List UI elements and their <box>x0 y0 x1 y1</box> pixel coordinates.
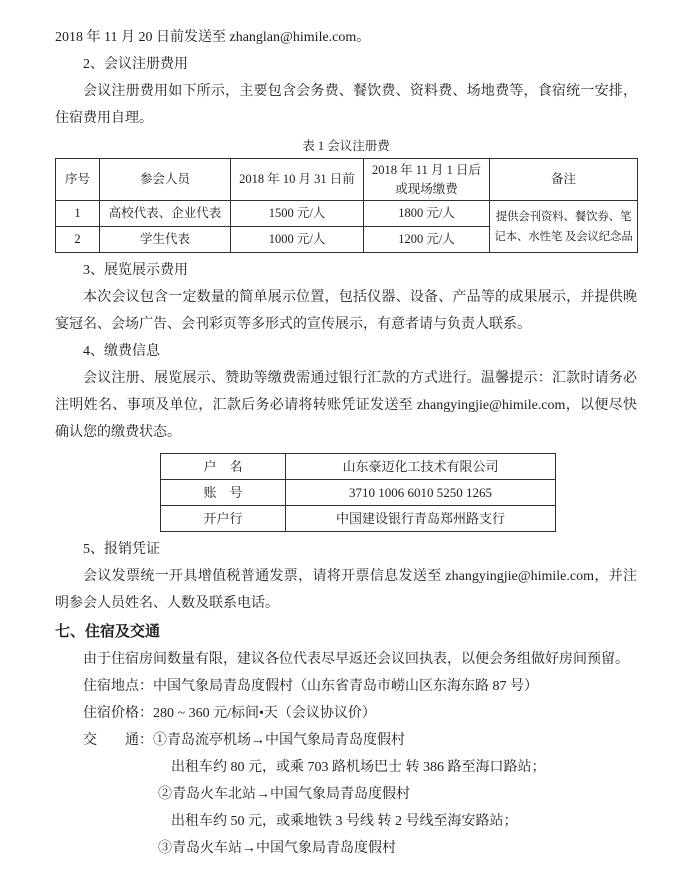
registration-fee-table: 序号 参会人员 2018 年 10 月 31 日前 2018 年 11 月 1 … <box>55 158 638 253</box>
header-early-fee: 2018 年 10 月 31 日前 <box>231 159 364 201</box>
heading-lodging-transport: 七、住宿及交通 <box>55 617 637 646</box>
lodging-address-line: 住宿地点：中国气象局青岛度假村（山东省青岛市崂山区东海东路 87 号） <box>55 673 637 700</box>
header-remark: 备注 <box>490 159 638 201</box>
table-header-row: 序号 参会人员 2018 年 10 月 31 日前 2018 年 11 月 1 … <box>56 159 638 201</box>
table-cell: 2 <box>56 227 100 253</box>
heading-registration-fee: 2、会议注册费用 <box>55 51 637 78</box>
paragraph-registration-fee: 会议注册费用如下所示，主要包含会务费、餐饮费、资料费、场地费等，食宿统一安排，住… <box>55 78 637 132</box>
bank-row-bank-branch: 开户行 中国建设银行青岛郑州路支行 <box>161 506 556 532</box>
table-cell: 1000 元/人 <box>231 227 364 253</box>
paragraph-lodging: 由于住宿房间数量有限，建议各位代表尽早返还会议回执表，以便会务组做好房间预留。 <box>55 646 637 673</box>
transport-route1-detail: 出租车约 80 元，或乘 703 路机场巴士 转 386 路至海口路站； <box>55 754 637 781</box>
paragraph-payment-info: 会议注册、展览展示、赞助等缴费需通过银行汇款的方式进行。温馨提示：汇款时请务必注… <box>55 365 637 446</box>
bank-value: 山东豪迈化工技术有限公司 <box>286 454 556 480</box>
table-cell: 1200 元/人 <box>364 227 490 253</box>
bank-row-account-number: 账 号 3710 1006 6010 5250 1265 <box>161 480 556 506</box>
table-row: 1 高校代表、企业代表 1500 元/人 1800 元/人 提供会刊资料、餐饮券… <box>56 201 638 227</box>
bank-label: 户 名 <box>161 454 286 480</box>
bank-row-account-name: 户 名 山东豪迈化工技术有限公司 <box>161 454 556 480</box>
remark-merged-cell: 提供会刊资料、餐饮券、笔记本、水性笔 及会议纪念品 <box>490 201 638 253</box>
header-serial-number: 序号 <box>56 159 100 201</box>
header-participants: 参会人员 <box>100 159 231 201</box>
heading-exhibition-fee: 3、展览展示费用 <box>55 257 637 284</box>
lodging-price-line: 住宿价格：280 ~ 360 元/标间•天（会议协议价） <box>55 700 637 727</box>
paragraph-invoice: 会议发票统一开具增值税普通发票，请将开票信息发送至 zhangyingjie@h… <box>55 563 637 617</box>
paragraph-exhibition-fee: 本次会议包含一定数量的简单展示位置，包括仪器、设备、产品等的成果展示，并提供晚宴… <box>55 284 637 338</box>
table-cell: 学生代表 <box>100 227 231 253</box>
table-cell: 1 <box>56 201 100 227</box>
bank-label: 账 号 <box>161 480 286 506</box>
bank-label: 开户行 <box>161 506 286 532</box>
transport-route2-line: ②青岛火车北站→中国气象局青岛度假村 <box>55 781 637 808</box>
header-late-fee: 2018 年 11 月 1 日后 或现场缴费 <box>364 159 490 201</box>
transport-route3-line: ③青岛火车站→中国气象局青岛度假村 <box>55 835 637 862</box>
heading-invoice: 5、报销凭证 <box>55 536 637 563</box>
bank-account-table: 户 名 山东豪迈化工技术有限公司 账 号 3710 1006 6010 5250… <box>160 453 556 532</box>
transport-route2-detail: 出租车约 50 元，或乘地铁 3 号线 转 2 号线至海安路站； <box>55 808 637 835</box>
bank-value: 中国建设银行青岛郑州路支行 <box>286 506 556 532</box>
document-page: 2018 年 11 月 20 日前发送至 zhanglan@himile.com… <box>0 0 690 870</box>
table-cell: 1500 元/人 <box>231 201 364 227</box>
table1-title: 表 1 会议注册费 <box>55 137 637 155</box>
table-cell: 高校代表、企业代表 <box>100 201 231 227</box>
heading-payment-info: 4、缴费信息 <box>55 338 637 365</box>
table-cell: 1800 元/人 <box>364 201 490 227</box>
deadline-line: 2018 年 11 月 20 日前发送至 zhanglan@himile.com… <box>55 24 637 51</box>
bank-value: 3710 1006 6010 5250 1265 <box>286 480 556 506</box>
transport-route1-line: 交 通：①青岛流亭机场→中国气象局青岛度假村 <box>55 727 637 754</box>
